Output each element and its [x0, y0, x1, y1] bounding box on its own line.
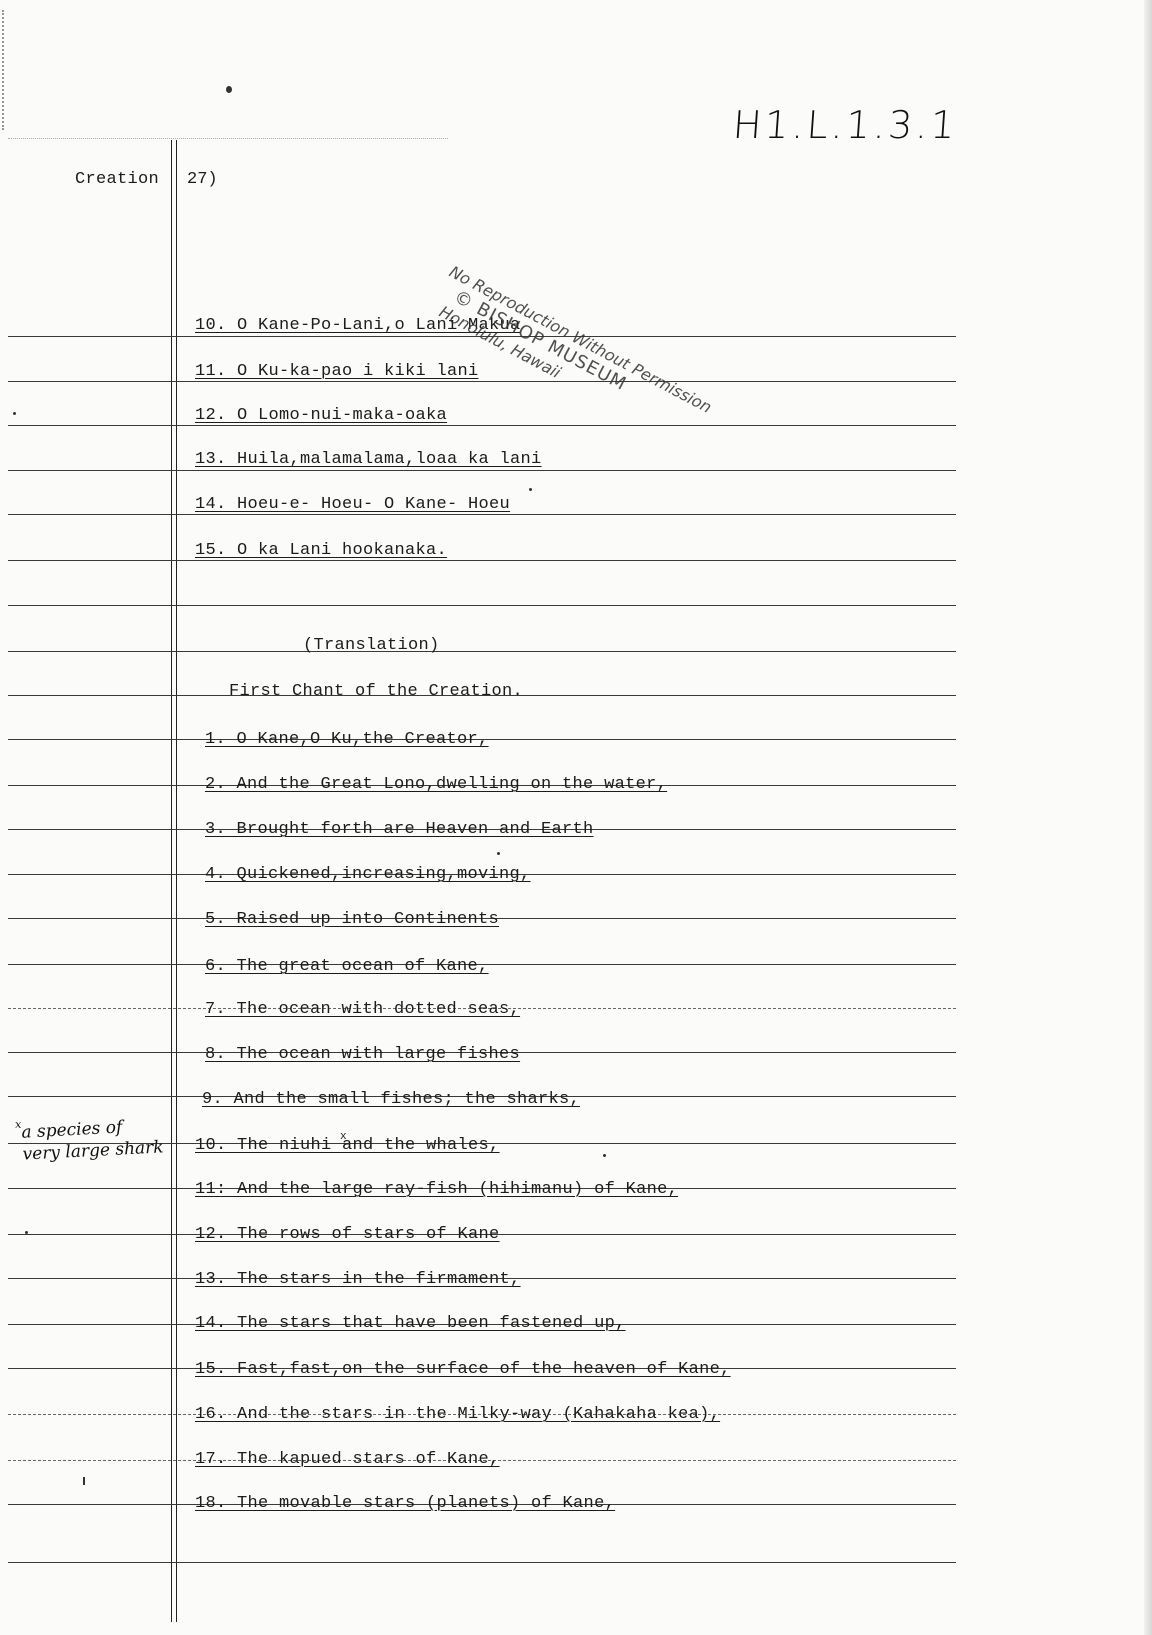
translation-heading: (Translation)	[303, 636, 440, 656]
annotation-marker: x	[15, 1114, 22, 1136]
chant-title: First Chant of the Creation.	[229, 682, 523, 702]
translation-line: 17. The kapued stars of Kane,	[195, 1450, 500, 1470]
ink-speck	[13, 412, 16, 415]
translation-line: 9. And the small fishes; the sharks,	[202, 1090, 580, 1110]
hawaiian-line: 11. O Ku-ka-pao i kiki lani	[195, 362, 479, 382]
margin-annotation: x a species of very large shark	[21, 1114, 164, 1165]
ink-speck	[226, 86, 232, 93]
margin-rule	[171, 140, 177, 1622]
translation-line: 5. Raised up into Continents	[205, 910, 499, 930]
ruled-line	[8, 470, 956, 471]
translation-line: 8. The ocean with large fishes	[205, 1045, 520, 1065]
hawaiian-line: 12. O Lomo-nui-maka-oaka	[195, 406, 447, 426]
translation-line: 2. And the Great Lono,dwelling on the wa…	[205, 775, 667, 795]
translation-line: 11: And the large ray-fish (hihimanu) of…	[195, 1180, 678, 1200]
ink-speck	[497, 852, 500, 855]
translation-line: 7. The ocean with dotted seas,	[205, 1000, 520, 1020]
translation-line: 10. The niuhi and the whales,	[195, 1136, 500, 1156]
page-edge-binding	[2, 10, 7, 130]
ruled-line	[8, 651, 956, 652]
ruled-line	[8, 425, 956, 426]
translation-line: 14. The stars that have been fastened up…	[195, 1314, 626, 1334]
translation-line: 4. Quickened,increasing,moving,	[205, 865, 531, 885]
ink-speck	[25, 1231, 28, 1234]
ink-speck	[603, 1154, 606, 1157]
translation-line: 3. Brought forth are Heaven and Earth	[205, 820, 594, 840]
ruled-line	[8, 1562, 956, 1563]
top-rule	[8, 138, 448, 139]
page-edge	[1144, 0, 1152, 1635]
header-title: Creation	[75, 170, 159, 189]
translation-line: 6. The great ocean of Kane,	[205, 957, 489, 977]
ruled-line	[8, 605, 956, 606]
translation-line: 15. Fast,fast,on the surface of the heav…	[195, 1360, 731, 1380]
page-number: 27)	[187, 170, 218, 189]
translation-line: 18. The movable stars (planets) of Kane,	[195, 1494, 615, 1514]
ruled-line	[8, 381, 956, 382]
catalog-number: H1.L.1.3.1	[731, 103, 959, 147]
translation-line: 1. O Kane,O Ku,the Creator,	[205, 730, 489, 750]
hawaiian-line: 15. O ka Lani hookanaka.	[195, 541, 447, 561]
footnote-marker: x	[340, 1131, 347, 1143]
hawaiian-line: 14. Hoeu-e- Hoeu- O Kane- Hoeu	[195, 495, 510, 515]
ink-speck	[529, 488, 532, 491]
translation-line: 12. The rows of stars of Kane	[195, 1225, 500, 1245]
translation-line: 16. And the stars in the Milky-way (Kaha…	[195, 1405, 720, 1425]
ink-speck	[83, 1477, 85, 1485]
stamp-line-2: © BISHOP MUSEUM	[436, 280, 705, 436]
translation-line: 13. The stars in the firmament,	[195, 1270, 521, 1290]
hawaiian-line: 13. Huila,malamalama,loaa ka lani	[195, 450, 542, 470]
ruled-line	[8, 560, 956, 561]
